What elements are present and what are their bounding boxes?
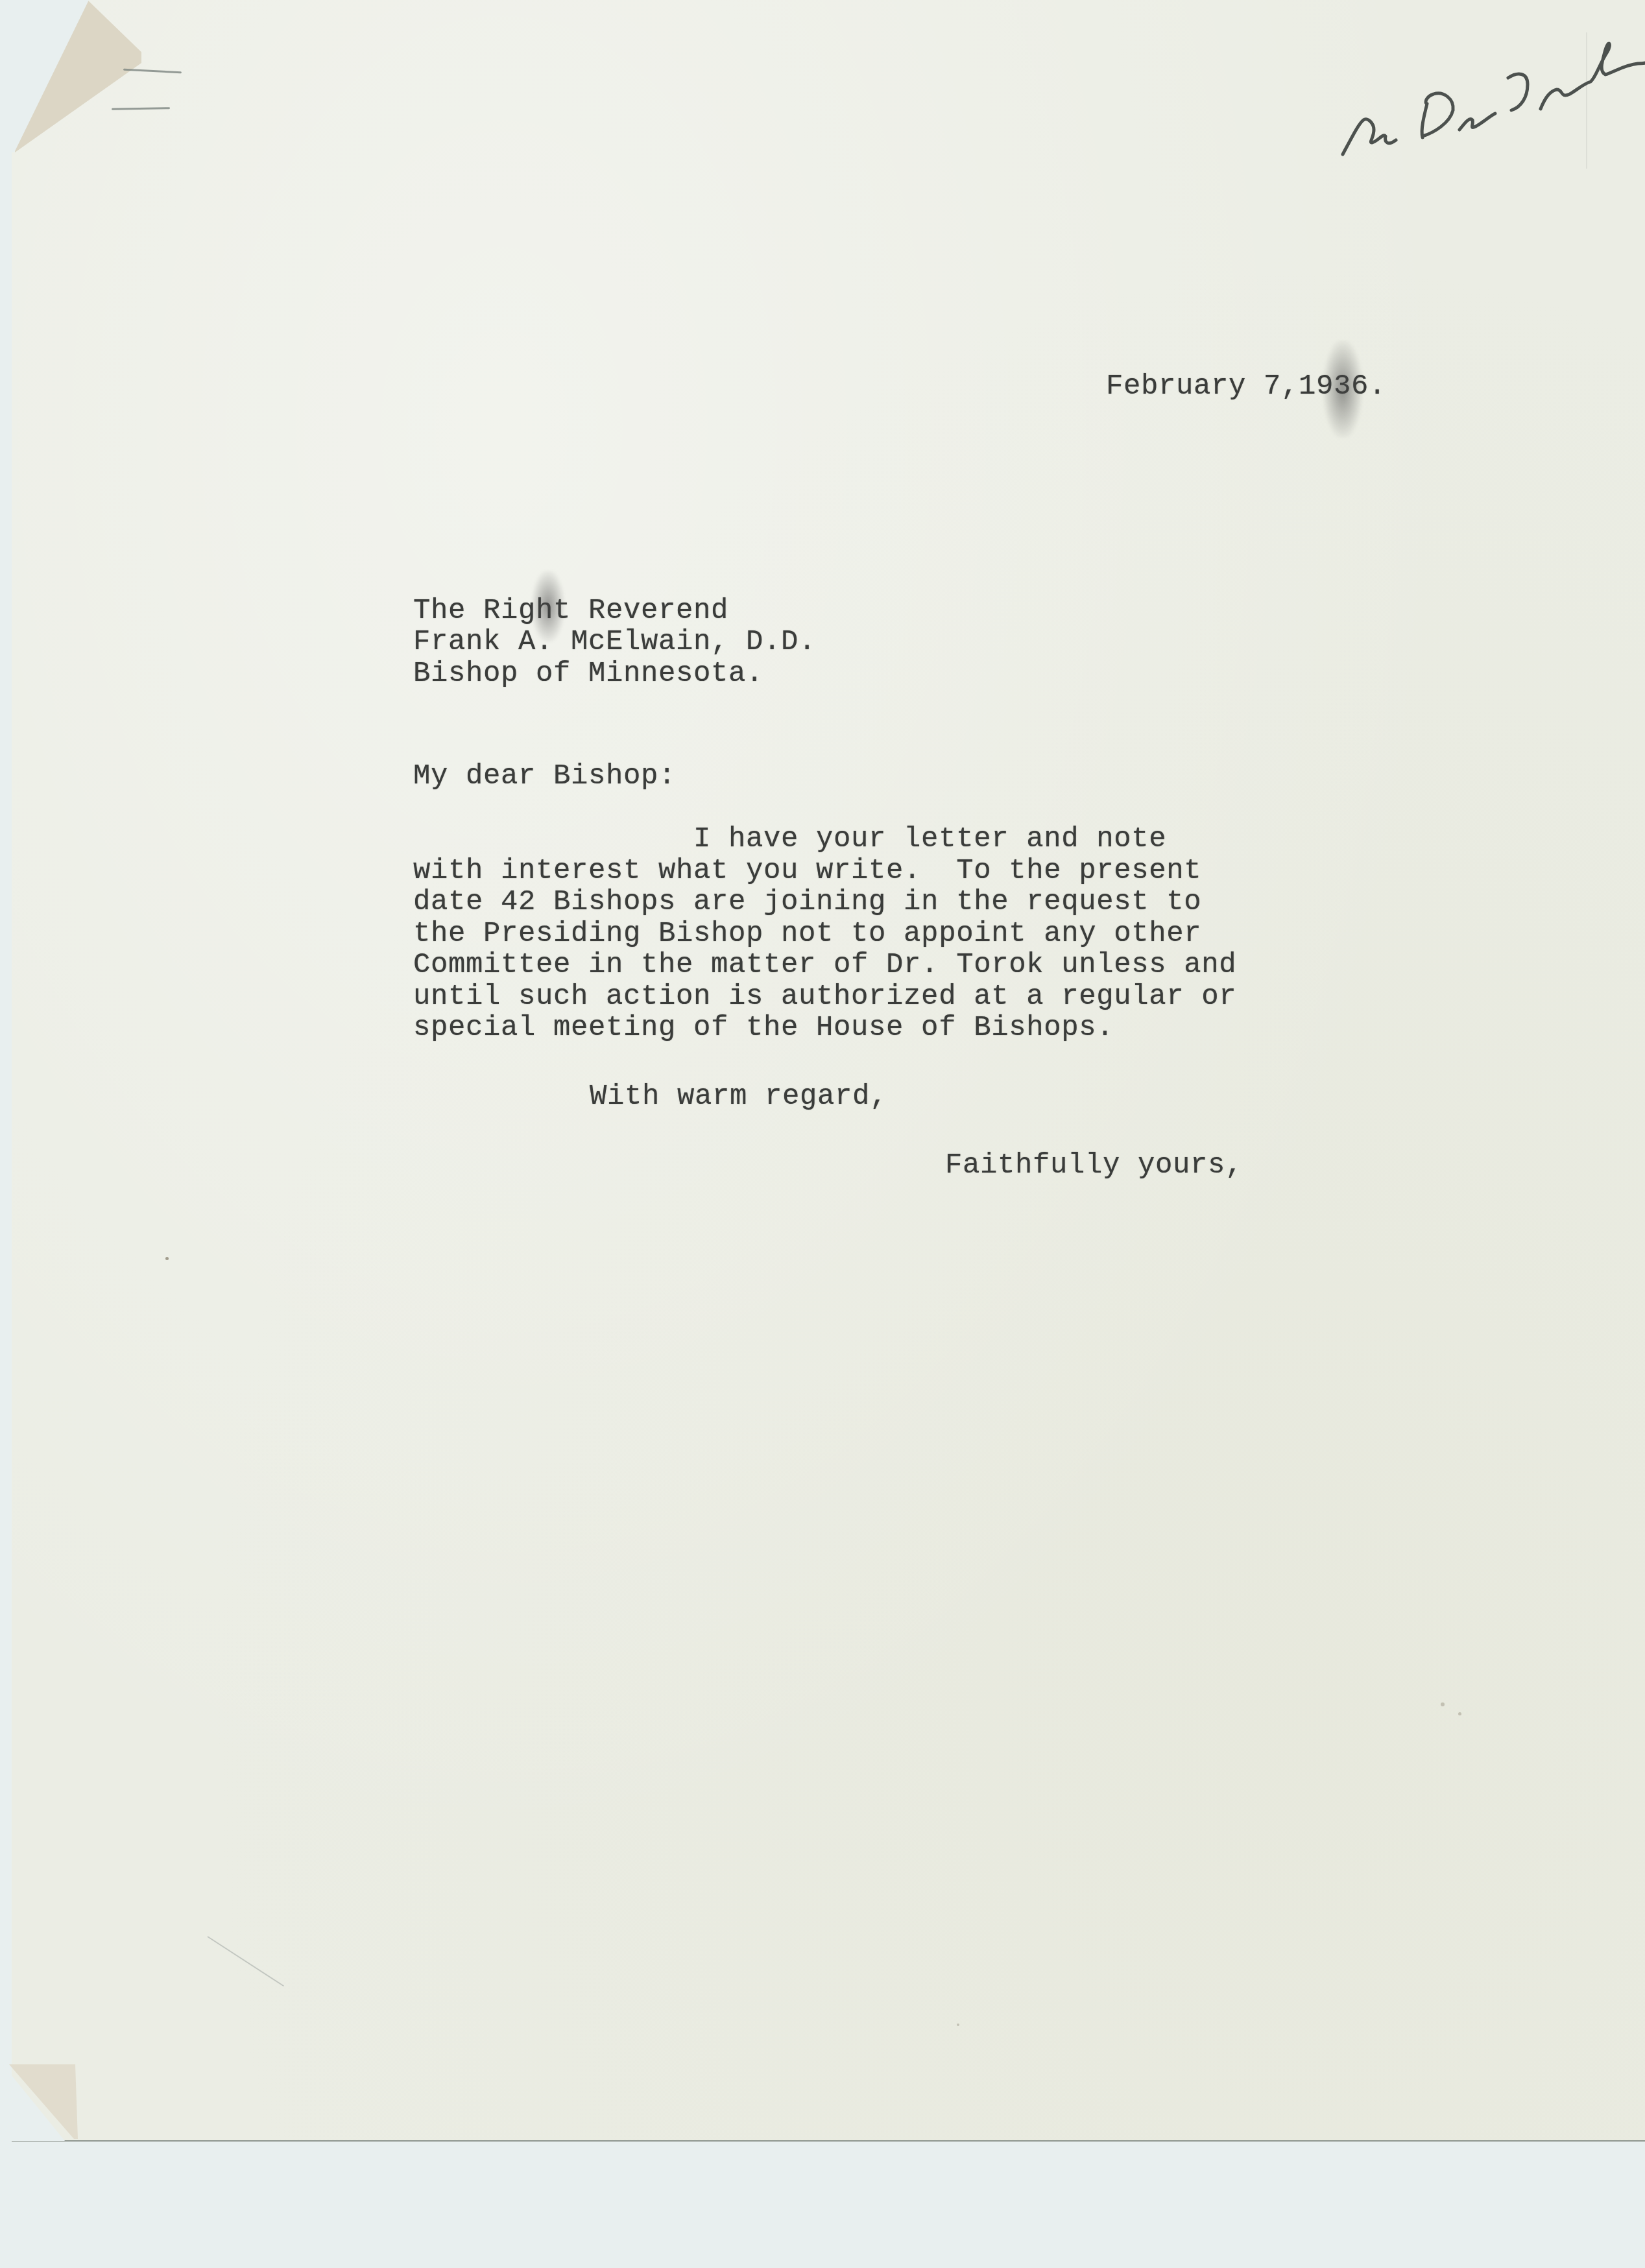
signoff: Faithfully yours, xyxy=(945,1150,1243,1182)
letter-paper xyxy=(12,0,1645,2140)
paper-speck xyxy=(1441,1702,1445,1706)
paper-speck xyxy=(957,2023,959,2026)
pencil-scribble-icon xyxy=(1336,26,1645,182)
body-line-5: Committee in the matter of Dr. Torok unl… xyxy=(413,949,1236,981)
body-line-7: special meeting of the House of Bishops. xyxy=(413,1012,1114,1044)
paper-speck xyxy=(165,1257,169,1260)
handwritten-annotation: re Dr Torok xyxy=(1336,26,1645,182)
body-line-3: date 42 Bishops are joining in the reque… xyxy=(413,887,1201,918)
paper-speck xyxy=(1458,1712,1461,1715)
body-line-4: the Presiding Bishop not to appoint any … xyxy=(413,918,1201,950)
recipient-line-1: The Right Reverend xyxy=(413,595,728,627)
salutation: My dear Bishop: xyxy=(413,761,676,793)
recipient-line-2: Frank A. McElwain, D.D. xyxy=(413,627,816,658)
ink-smudge xyxy=(532,571,564,642)
body-line-1: I have your letter and note xyxy=(413,824,1166,855)
body-line-6: until such action is authorized at a reg… xyxy=(413,981,1236,1013)
closing-line: With warm regard, xyxy=(590,1081,887,1113)
body-line-2: with interest what you write. To the pre… xyxy=(413,855,1201,887)
recipient-line-3: Bishop of Minnesota. xyxy=(413,658,763,690)
ink-smudge xyxy=(1323,340,1362,438)
